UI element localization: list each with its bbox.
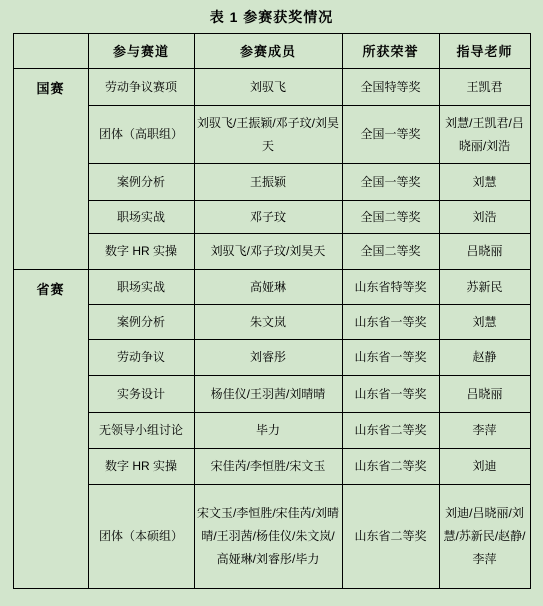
cell-track: 团体（本硕组） (88, 485, 194, 589)
table-row: 团体（本硕组） 宋文玉/李恒胜/宋佳芮/刘晴晴/王羽茜/杨佳仪/朱文岚/高娅琳/… (13, 485, 530, 589)
table-row: 案例分析 王振颖 全国一等奖 刘慧 (13, 164, 530, 201)
header-row: 参与赛道 参赛成员 所获荣誉 指导老师 (13, 34, 530, 69)
table-row: 团体（高职组） 刘驭飞/王振颖/邓子玟/刘昊天 全国一等奖 刘慧/王凯君/吕晓丽… (13, 106, 530, 164)
cell-track: 劳动争议赛项 (88, 69, 194, 106)
cell-honor: 全国二等奖 (342, 234, 439, 270)
table-row: 数字 HR 实操 宋佳芮/李恒胜/宋文玉 山东省二等奖 刘迪 (13, 449, 530, 485)
awards-table: 参与赛道 参赛成员 所获荣誉 指导老师 国赛 劳动争议赛项 刘驭飞 全国特等奖 … (13, 33, 531, 589)
cell-members: 刘睿彤 (194, 340, 342, 376)
cell-honor: 全国二等奖 (342, 201, 439, 234)
cell-teachers: 吕晓丽 (439, 376, 530, 413)
table-row: 国赛 劳动争议赛项 刘驭飞 全国特等奖 王凯君 (13, 69, 530, 106)
cell-honor: 山东省一等奖 (342, 305, 439, 340)
cell-track: 职场实战 (88, 201, 194, 234)
cell-teachers: 刘迪/吕晓丽/刘慧/苏新民/赵静/李萍 (439, 485, 530, 589)
cell-honor: 山东省二等奖 (342, 413, 439, 449)
cell-members: 王振颖 (194, 164, 342, 201)
cell-teachers: 刘慧/王凯君/吕晓丽/刘浩 (439, 106, 530, 164)
cell-teachers: 苏新民 (439, 270, 530, 305)
cell-teachers: 李萍 (439, 413, 530, 449)
cell-members: 高娅琳 (194, 270, 342, 305)
cell-track: 数字 HR 实操 (88, 234, 194, 270)
cell-teachers: 赵静 (439, 340, 530, 376)
group-label-national: 国赛 (13, 69, 88, 270)
cell-honor: 山东省二等奖 (342, 485, 439, 589)
header-honor: 所获荣誉 (342, 34, 439, 69)
cell-honor: 全国特等奖 (342, 69, 439, 106)
cell-track: 团体（高职组） (88, 106, 194, 164)
table-row: 案例分析 朱文岚 山东省一等奖 刘慧 (13, 305, 530, 340)
cell-honor: 山东省二等奖 (342, 449, 439, 485)
cell-teachers: 吕晓丽 (439, 234, 530, 270)
cell-honor: 山东省特等奖 (342, 270, 439, 305)
cell-members: 宋文玉/李恒胜/宋佳芮/刘晴晴/王羽茜/杨佳仪/朱文岚/高娅琳/刘睿彤/毕力 (194, 485, 342, 589)
table-row: 劳动争议 刘睿彤 山东省一等奖 赵静 (13, 340, 530, 376)
cell-teachers: 刘浩 (439, 201, 530, 234)
cell-teachers: 王凯君 (439, 69, 530, 106)
cell-honor: 全国一等奖 (342, 164, 439, 201)
table-row: 数字 HR 实操 刘驭飞/邓子玟/刘昊天 全国二等奖 吕晓丽 (13, 234, 530, 270)
cell-track: 实务设计 (88, 376, 194, 413)
cell-track: 案例分析 (88, 164, 194, 201)
cell-members: 邓子玟 (194, 201, 342, 234)
header-group-empty (13, 34, 88, 69)
cell-honor: 山东省一等奖 (342, 376, 439, 413)
cell-teachers: 刘慧 (439, 305, 530, 340)
cell-members: 宋佳芮/李恒胜/宋文玉 (194, 449, 342, 485)
header-track: 参与赛道 (88, 34, 194, 69)
cell-teachers: 刘慧 (439, 164, 530, 201)
cell-track: 数字 HR 实操 (88, 449, 194, 485)
document-page: { "page": { "title": "表 1 参赛获奖情况", "colo… (0, 0, 543, 606)
cell-members: 毕力 (194, 413, 342, 449)
cell-track: 案例分析 (88, 305, 194, 340)
table-row: 职场实战 邓子玟 全国二等奖 刘浩 (13, 201, 530, 234)
cell-honor: 全国一等奖 (342, 106, 439, 164)
cell-honor: 山东省一等奖 (342, 340, 439, 376)
table-row: 无领导小组讨论 毕力 山东省二等奖 李萍 (13, 413, 530, 449)
group-label-provincial: 省赛 (13, 270, 88, 589)
header-teacher: 指导老师 (439, 34, 530, 69)
table-row: 省赛 职场实战 高娅琳 山东省特等奖 苏新民 (13, 270, 530, 305)
cell-track: 职场实战 (88, 270, 194, 305)
cell-track: 劳动争议 (88, 340, 194, 376)
cell-members: 刘驭飞 (194, 69, 342, 106)
cell-members: 杨佳仪/王羽茜/刘晴晴 (194, 376, 342, 413)
cell-track: 无领导小组讨论 (88, 413, 194, 449)
table-title: 表 1 参赛获奖情况 (0, 0, 543, 25)
cell-members: 刘驭飞/王振颖/邓子玟/刘昊天 (194, 106, 342, 164)
cell-members: 刘驭飞/邓子玟/刘昊天 (194, 234, 342, 270)
table-row: 实务设计 杨佳仪/王羽茜/刘晴晴 山东省一等奖 吕晓丽 (13, 376, 530, 413)
cell-teachers: 刘迪 (439, 449, 530, 485)
header-members: 参赛成员 (194, 34, 342, 69)
cell-members: 朱文岚 (194, 305, 342, 340)
